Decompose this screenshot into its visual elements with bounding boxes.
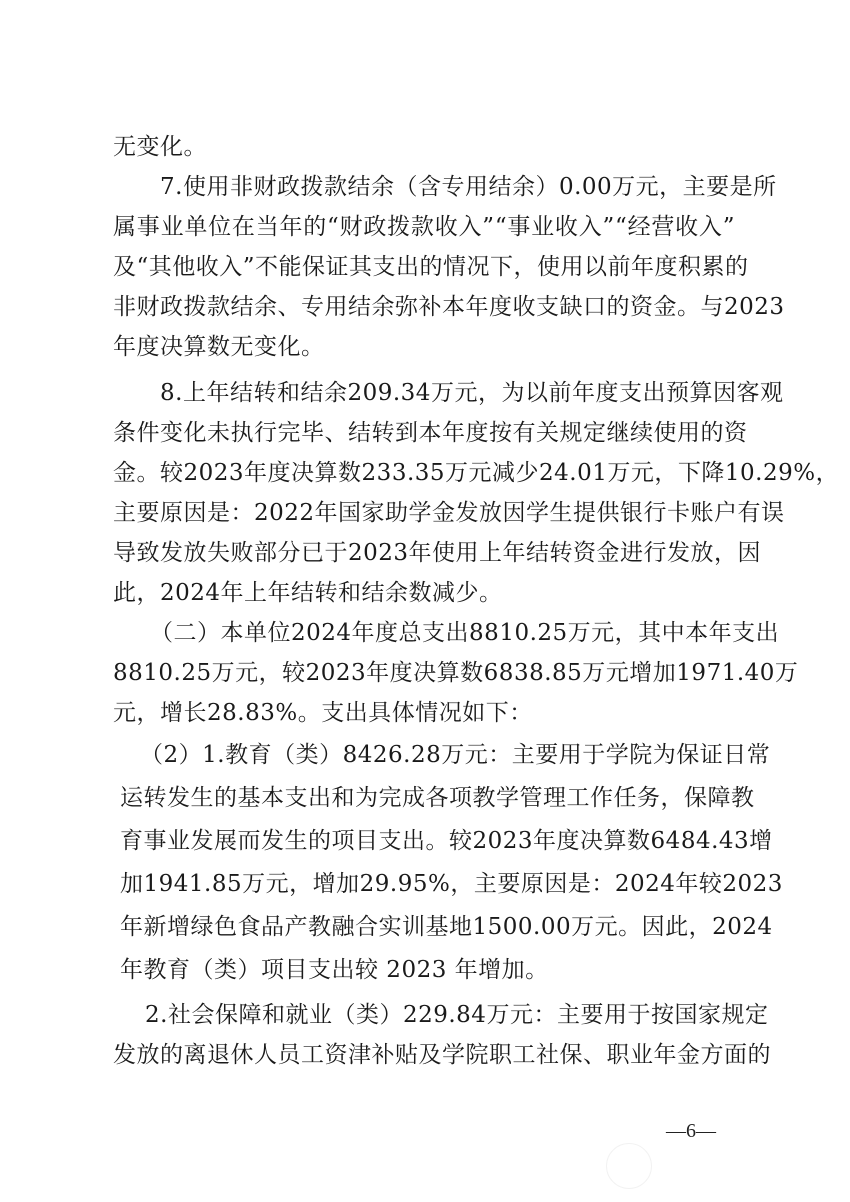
text-line: 非财政拨款结余、专用结余弥补本年度收支缺口的资金。与2023 xyxy=(113,292,735,322)
text-line: 年教育（类）项目支出较 2023 年增加。 xyxy=(120,955,549,985)
text-line: 及“其他收入”不能保证其支出的情况下，使用以前年度积累的 xyxy=(113,252,735,282)
text-line: 属事业单位在当年的“财政拨款收入”“事业收入”“经营收入” xyxy=(113,212,735,242)
text-line: 导致发放失败部分已于2023年使用上年结转资金进行发放，因 xyxy=(113,538,735,568)
watermark-seal-icon xyxy=(606,1143,652,1189)
text-line: 2.社会保障和就业（类）229.84万元：主要用于按国家规定 xyxy=(145,1000,735,1030)
document-page: 无变化。7.使用非财政拨款结余（含专用结余）0.00万元，主要是所属事业单位在当… xyxy=(0,0,850,1202)
text-line: 年新增绿色食品产教融合实训基地1500.00万元。因此，2024 xyxy=(120,912,735,942)
text-line: 年度决算数无变化。 xyxy=(113,332,325,362)
page-number: —6— xyxy=(666,1120,716,1143)
text-line: 发放的离退休人员工资津补贴及学院职工社保、职业年金方面的 xyxy=(113,1040,735,1070)
text-line: （2）1.教育（类）8426.28万元：主要用于学院为保证日常 xyxy=(140,740,735,770)
text-line: 运转发生的基本支出和为完成各项教学管理工作任务，保障教 xyxy=(120,783,735,813)
text-line: 育事业发展而发生的项目支出。较2023年度决算数6484.43增 xyxy=(120,826,735,856)
text-line: 主要原因是：2022年国家助学金发放因学生提供银行卡账户有误 xyxy=(113,498,735,528)
text-line: 7.使用非财政拨款结余（含专用结余）0.00万元，主要是所 xyxy=(160,172,735,202)
text-line: 金。较2023年度决算数233.35万元减少24.01万元，下降10.29%， xyxy=(113,458,735,488)
text-line: 8.上年结转和结余209.34万元，为以前年度支出预算因客观 xyxy=(160,378,735,408)
text-line: 此，2024年上年结转和结余数减少。 xyxy=(113,578,503,608)
text-line: 8810.25万元，较2023年度决算数6838.85万元增加1971.40万 xyxy=(113,658,735,688)
text-line: 元，增长28.83%。支出具体情况如下： xyxy=(113,698,533,728)
text-line: 无变化。 xyxy=(113,132,207,162)
text-line: 条件变化未执行完毕、结转到本年度按有关规定继续使用的资 xyxy=(113,418,735,448)
text-line: （二）本单位2024年度总支出8810.25万元，其中本年支出 xyxy=(150,618,732,648)
text-line: 加1941.85万元，增加29.95%，主要原因是：2024年较2023 xyxy=(120,869,735,899)
